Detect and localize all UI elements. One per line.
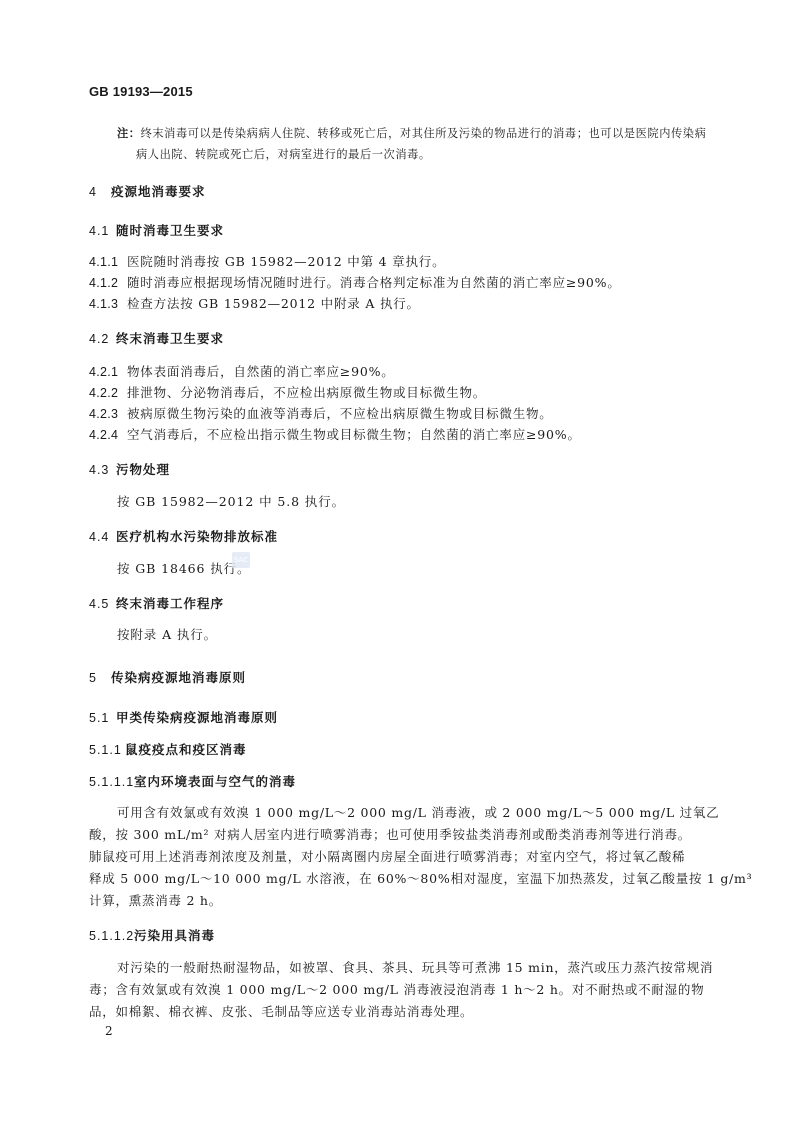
para-5-1-1-1-line-2: 酸，按 300 mL/m² 对病人居室内进行喷雾消毒；也可使用季铵盐类消毒剂或酚… xyxy=(89,825,709,843)
section-5-1-1-1-heading: 5.1.1.1室内环境表面与空气的消毒 xyxy=(89,772,296,790)
section-4-3-body: 按 GB 15982—2012 中 5.8 执行。 xyxy=(117,492,737,510)
clause-4-1-2: 4.1.2随时消毒应根据现场情况随时进行。消毒合格判定标准为自然菌的消亡率应≥9… xyxy=(89,273,621,291)
para-5-1-1-1-line-5: 计算，熏蒸消毒 2 h。 xyxy=(89,891,709,909)
section-4-heading: 4疫源地消毒要求 xyxy=(89,182,206,200)
section-4-5-heading: 4.5终末消毒工作程序 xyxy=(89,594,224,612)
para-5-1-1-1-line-1: 可用含有效氯或有效溴 1 000 mg/L～2 000 mg/L 消毒液，或 2… xyxy=(117,803,709,821)
section-4-3-heading: 4.3污物处理 xyxy=(89,460,170,478)
section-4-5-body: 按附录 A 执行。 xyxy=(117,625,737,643)
section-5-heading: 5传染病疫源地消毒原则 xyxy=(89,668,246,686)
page-number: 2 xyxy=(105,1024,113,1038)
para-5-1-1-2-line-3: 品，如棉絮、棉衣裤、皮张、毛制品等应送专业消毒站消毒处理。 xyxy=(89,1002,709,1020)
clause-4-2-4: 4.2.4空气消毒后，不应检出指示微生物或目标微生物；自然菌的消亡率应≥90%。 xyxy=(89,425,581,443)
para-5-1-1-2-line-2: 毒；含有效氯或有效溴 1 000 mg/L～2 000 mg/L 消毒液浸泡消毒… xyxy=(89,980,709,998)
note-line-1: 注：终末消毒可以是传染病病人住院、转移或死亡后，对其住所及污染的物品进行的消毒；… xyxy=(117,125,706,141)
standard-header: GB 19193—2015 xyxy=(89,84,193,99)
para-5-1-1-2-line-1: 对污染的一般耐热耐湿物品，如被罩、食具、茶具、玩具等可煮沸 15 min，蒸汽或… xyxy=(117,958,709,976)
section-4-4-heading: 4.4医疗机构水污染物排放标准 xyxy=(89,527,278,545)
clause-4-2-2: 4.2.2排泄物、分泌物消毒后，不应检出病原微生物或目标微生物。 xyxy=(89,383,486,401)
clause-4-1-1: 4.1.1医院随时消毒按 GB 15982—2012 中第 4 章执行。 xyxy=(89,252,445,270)
clause-4-2-3: 4.2.3被病原微生物污染的血液等消毒后，不应检出病原微生物或目标微生物。 xyxy=(89,404,553,422)
section-5-1-1-heading: 5.1.1鼠疫疫点和疫区消毒 xyxy=(89,740,247,758)
clause-4-2-1: 4.2.1物体表面消毒后，自然菌的消亡率应≥90%。 xyxy=(89,362,395,380)
para-5-1-1-1-line-3: 肺鼠疫可用上述消毒剂浓度及剂量，对小隔离圈内房屋全面进行喷雾消毒；对室内空气，将… xyxy=(89,847,709,865)
clause-4-1-3: 4.1.3检查方法按 GB 15982—2012 中附录 A 执行。 xyxy=(89,294,420,312)
para-5-1-1-1-line-4: 释成 5 000 mg/L～10 000 mg/L 水溶液，在 60%～80%相… xyxy=(89,869,709,887)
note-label: 注： xyxy=(117,127,141,140)
section-4-4-body: 按 GB 18466 执行。 xyxy=(117,559,737,577)
note-text-1: 终末消毒可以是传染病病人住院、转移或死亡后，对其住所及污染的物品进行的消毒；也可… xyxy=(141,127,707,140)
section-4-2-heading: 4.2终末消毒卫生要求 xyxy=(89,329,224,347)
section-5-1-1-2-heading: 5.1.1.2污染用具消毒 xyxy=(89,926,215,944)
watermark-logo: SAC xyxy=(232,552,250,568)
section-4-1-heading: 4.1随时消毒卫生要求 xyxy=(89,221,224,239)
note-line-2: 病人出院、转院或死亡后，对病室进行的最后一次消毒。 xyxy=(136,146,431,162)
section-5-1-heading: 5.1甲类传染病疫源地消毒原则 xyxy=(89,708,278,726)
